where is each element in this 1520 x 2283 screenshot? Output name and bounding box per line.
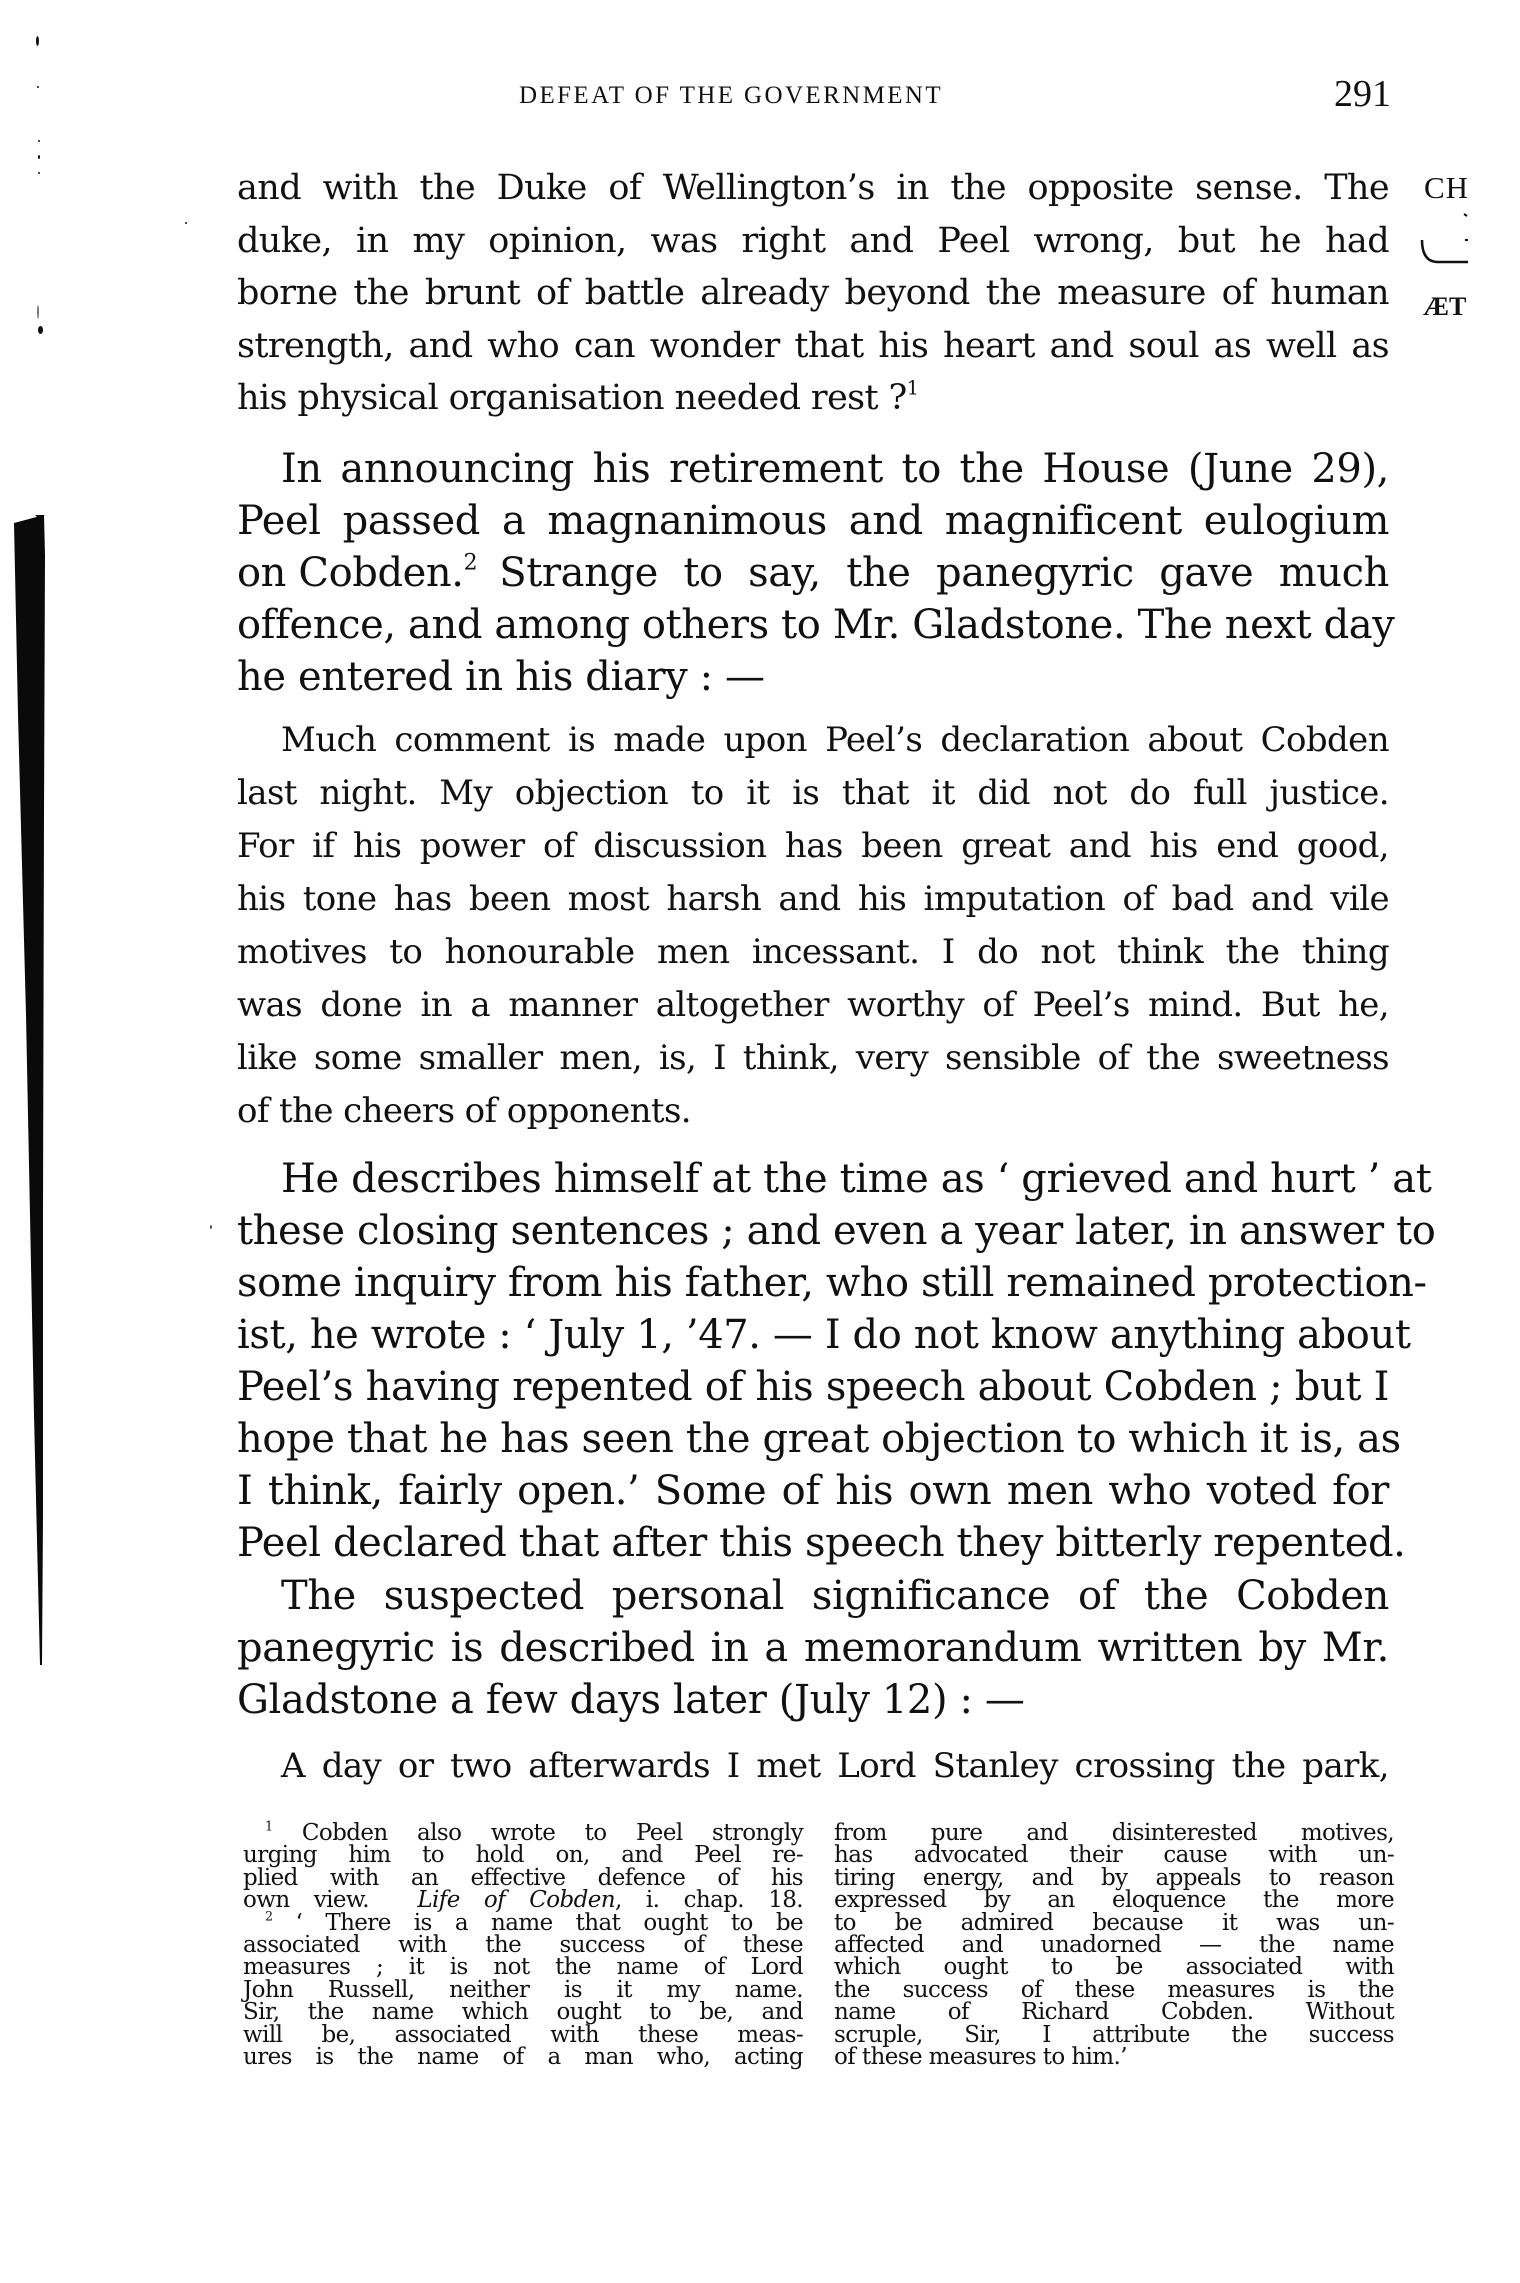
text-line: strength, and who can wonder that his he… (237, 320, 1389, 373)
footnote-2-line: will be, associated with these meas- (243, 2024, 803, 2046)
footnote-ref-1[interactable]: 1 (907, 377, 919, 400)
scan-speck (38, 140, 40, 142)
paragraph-continuation: and with the Duke of Wellington’s in the… (237, 162, 1389, 425)
footnote-1-line: urging him to hold on, and Peel re- (243, 1844, 803, 1866)
paragraph-retirement: In announcing his retirement to the Hous… (237, 443, 1389, 703)
scan-speck (38, 155, 40, 159)
running-title: DEFEAT OF THE GOVERNMENT (519, 82, 1109, 110)
text-line: on Cobden.2Strange to say, the panegyric… (237, 547, 1389, 599)
facing-page-bleed-bottom: ÆT (1423, 292, 1469, 322)
text-line: panegyric is described in a memorandum w… (237, 1622, 1389, 1674)
text-line: was done in a manner altogether worthy o… (237, 979, 1389, 1032)
text-line: A day or two afterwards I met Lord Stanl… (237, 1740, 1389, 1793)
text-line: He describes himself at the time as ‘ gr… (237, 1153, 1389, 1205)
footnotes-left-column: 1 Cobden also wrote to Peel strongly urg… (243, 1822, 803, 2068)
footnote-marker-1: 1 (265, 1819, 272, 1834)
text-line: I think, fairly open.’ Some of his own m… (237, 1465, 1389, 1517)
book-page: CH ÆT DEFEAT OF THE GOVERNMENT 291 and w… (0, 0, 1520, 2283)
footnote-ref-2[interactable]: 2 (464, 551, 478, 576)
page-number: 291 (1334, 72, 1391, 116)
footnote-1-line: plied with an effective defence of his (243, 1867, 803, 1889)
scan-speck (37, 86, 39, 88)
facing-page-bracket-mark (1418, 210, 1468, 270)
footnote-2-line: measures ; it is not the name of Lord (243, 1956, 803, 1978)
scan-speck (38, 326, 43, 334)
text-line: borne the brunt of battle already beyond… (237, 267, 1389, 320)
text-line: his physical organisation needed rest ?1 (237, 372, 1389, 425)
facing-page-bleed-top: CH (1424, 170, 1468, 206)
scan-speck (210, 1225, 212, 1229)
footnote-2-line: from pure and disinterested motives, (834, 1822, 1394, 1844)
footnote-2-line: Sir, the name which ought to be, and (243, 2001, 803, 2023)
text-line: Peel passed a magnanimous and magnificen… (237, 495, 1389, 547)
text-line: For if his power of discussion has been … (237, 820, 1389, 873)
scan-speck (36, 36, 39, 46)
footnote-2-line: 2 ‘ There is a name that ought to be (243, 1912, 803, 1934)
footnote-2-line: which ought to be associated with (834, 1956, 1394, 1978)
text-line: Much comment is made upon Peel’s declara… (237, 714, 1389, 767)
text-line: last night. My objection to it is that i… (237, 767, 1389, 820)
text-line: and with the Duke of Wellington’s in the… (237, 162, 1389, 215)
text-line: In announcing his retirement to the Hous… (237, 443, 1389, 495)
footnote-2-line: has advocated their cause with un- (834, 1844, 1394, 1866)
text-line: Peel’s having repented of his speech abo… (237, 1361, 1389, 1413)
scan-speck (38, 172, 40, 174)
footnote-2-line: associated with the success of these (243, 1934, 803, 1956)
footnote-2-line: ures is the name of a man who, acting (243, 2046, 803, 2068)
footnote-1-line: own view. Life of Cobden, i. chap. 18. (243, 1889, 803, 1911)
text-line: Peel declared that after this speech the… (237, 1517, 1389, 1569)
text-line: hope that he has seen the great objectio… (237, 1413, 1389, 1465)
diary-quote: Much comment is made upon Peel’s declara… (237, 714, 1389, 1138)
scan-speck (185, 222, 187, 224)
text-line: ist, he wrote : ‘ July 1, ’47. — I do no… (237, 1309, 1389, 1361)
footnote-1-line: 1 Cobden also wrote to Peel strongly (243, 1822, 803, 1844)
footnote-2-line: scruple, Sir, I attribute the success (834, 2024, 1394, 2046)
text-line: like some smaller men, is, I think, very… (237, 1032, 1389, 1085)
text-line: of the cheers of opponents. (237, 1085, 1389, 1138)
text-line: motives to honourable men incessant. I d… (237, 926, 1389, 979)
text-line: these closing sentences ; and even a yea… (237, 1205, 1389, 1257)
text-line: he entered in his diary : — (237, 651, 1389, 703)
footnote-2-line: affected and unadorned — the name (834, 1934, 1394, 1956)
footnote-2-line: expressed by an eloquence the more (834, 1889, 1394, 1911)
scan-speck (37, 305, 39, 319)
text-line: his tone has been most harsh and his imp… (237, 873, 1389, 926)
paragraph-grieved-and-hurt: He describes himself at the time as ‘ gr… (237, 1153, 1389, 1569)
text-line: duke, in my opinion, was right and Peel … (237, 215, 1389, 268)
text-line: some inquiry from his father, who still … (237, 1257, 1389, 1309)
text-line: offence, and among others to Mr. Gladsto… (237, 599, 1389, 651)
footnote-marker-2: 2 (265, 1908, 272, 1923)
text-line: The suspected personal significance of t… (237, 1570, 1389, 1622)
footnote-2-line: John Russell, neither is it my name. (243, 1979, 803, 2001)
memorandum-quote: A day or two afterwards I met Lord Stanl… (237, 1740, 1389, 1793)
paragraph-memorandum: The suspected personal significance of t… (237, 1570, 1389, 1726)
footnote-2-line: to be admired because it was un- (834, 1912, 1394, 1934)
footnote-2-line: the success of these measures is the (834, 1979, 1394, 2001)
footnotes-right-column: from pure and disinterested motives, has… (834, 1822, 1394, 2068)
footnote-2-line: name of Richard Cobden. Without (834, 2001, 1394, 2023)
footnote-2-line: tiring energy, and by appeals to reason (834, 1867, 1394, 1889)
footnote-2-line: of these measures to him.’ (834, 2046, 1394, 2068)
text-line: Gladstone a few days later (July 12) : — (237, 1674, 1389, 1726)
scan-shadow-bar (12, 515, 48, 1665)
